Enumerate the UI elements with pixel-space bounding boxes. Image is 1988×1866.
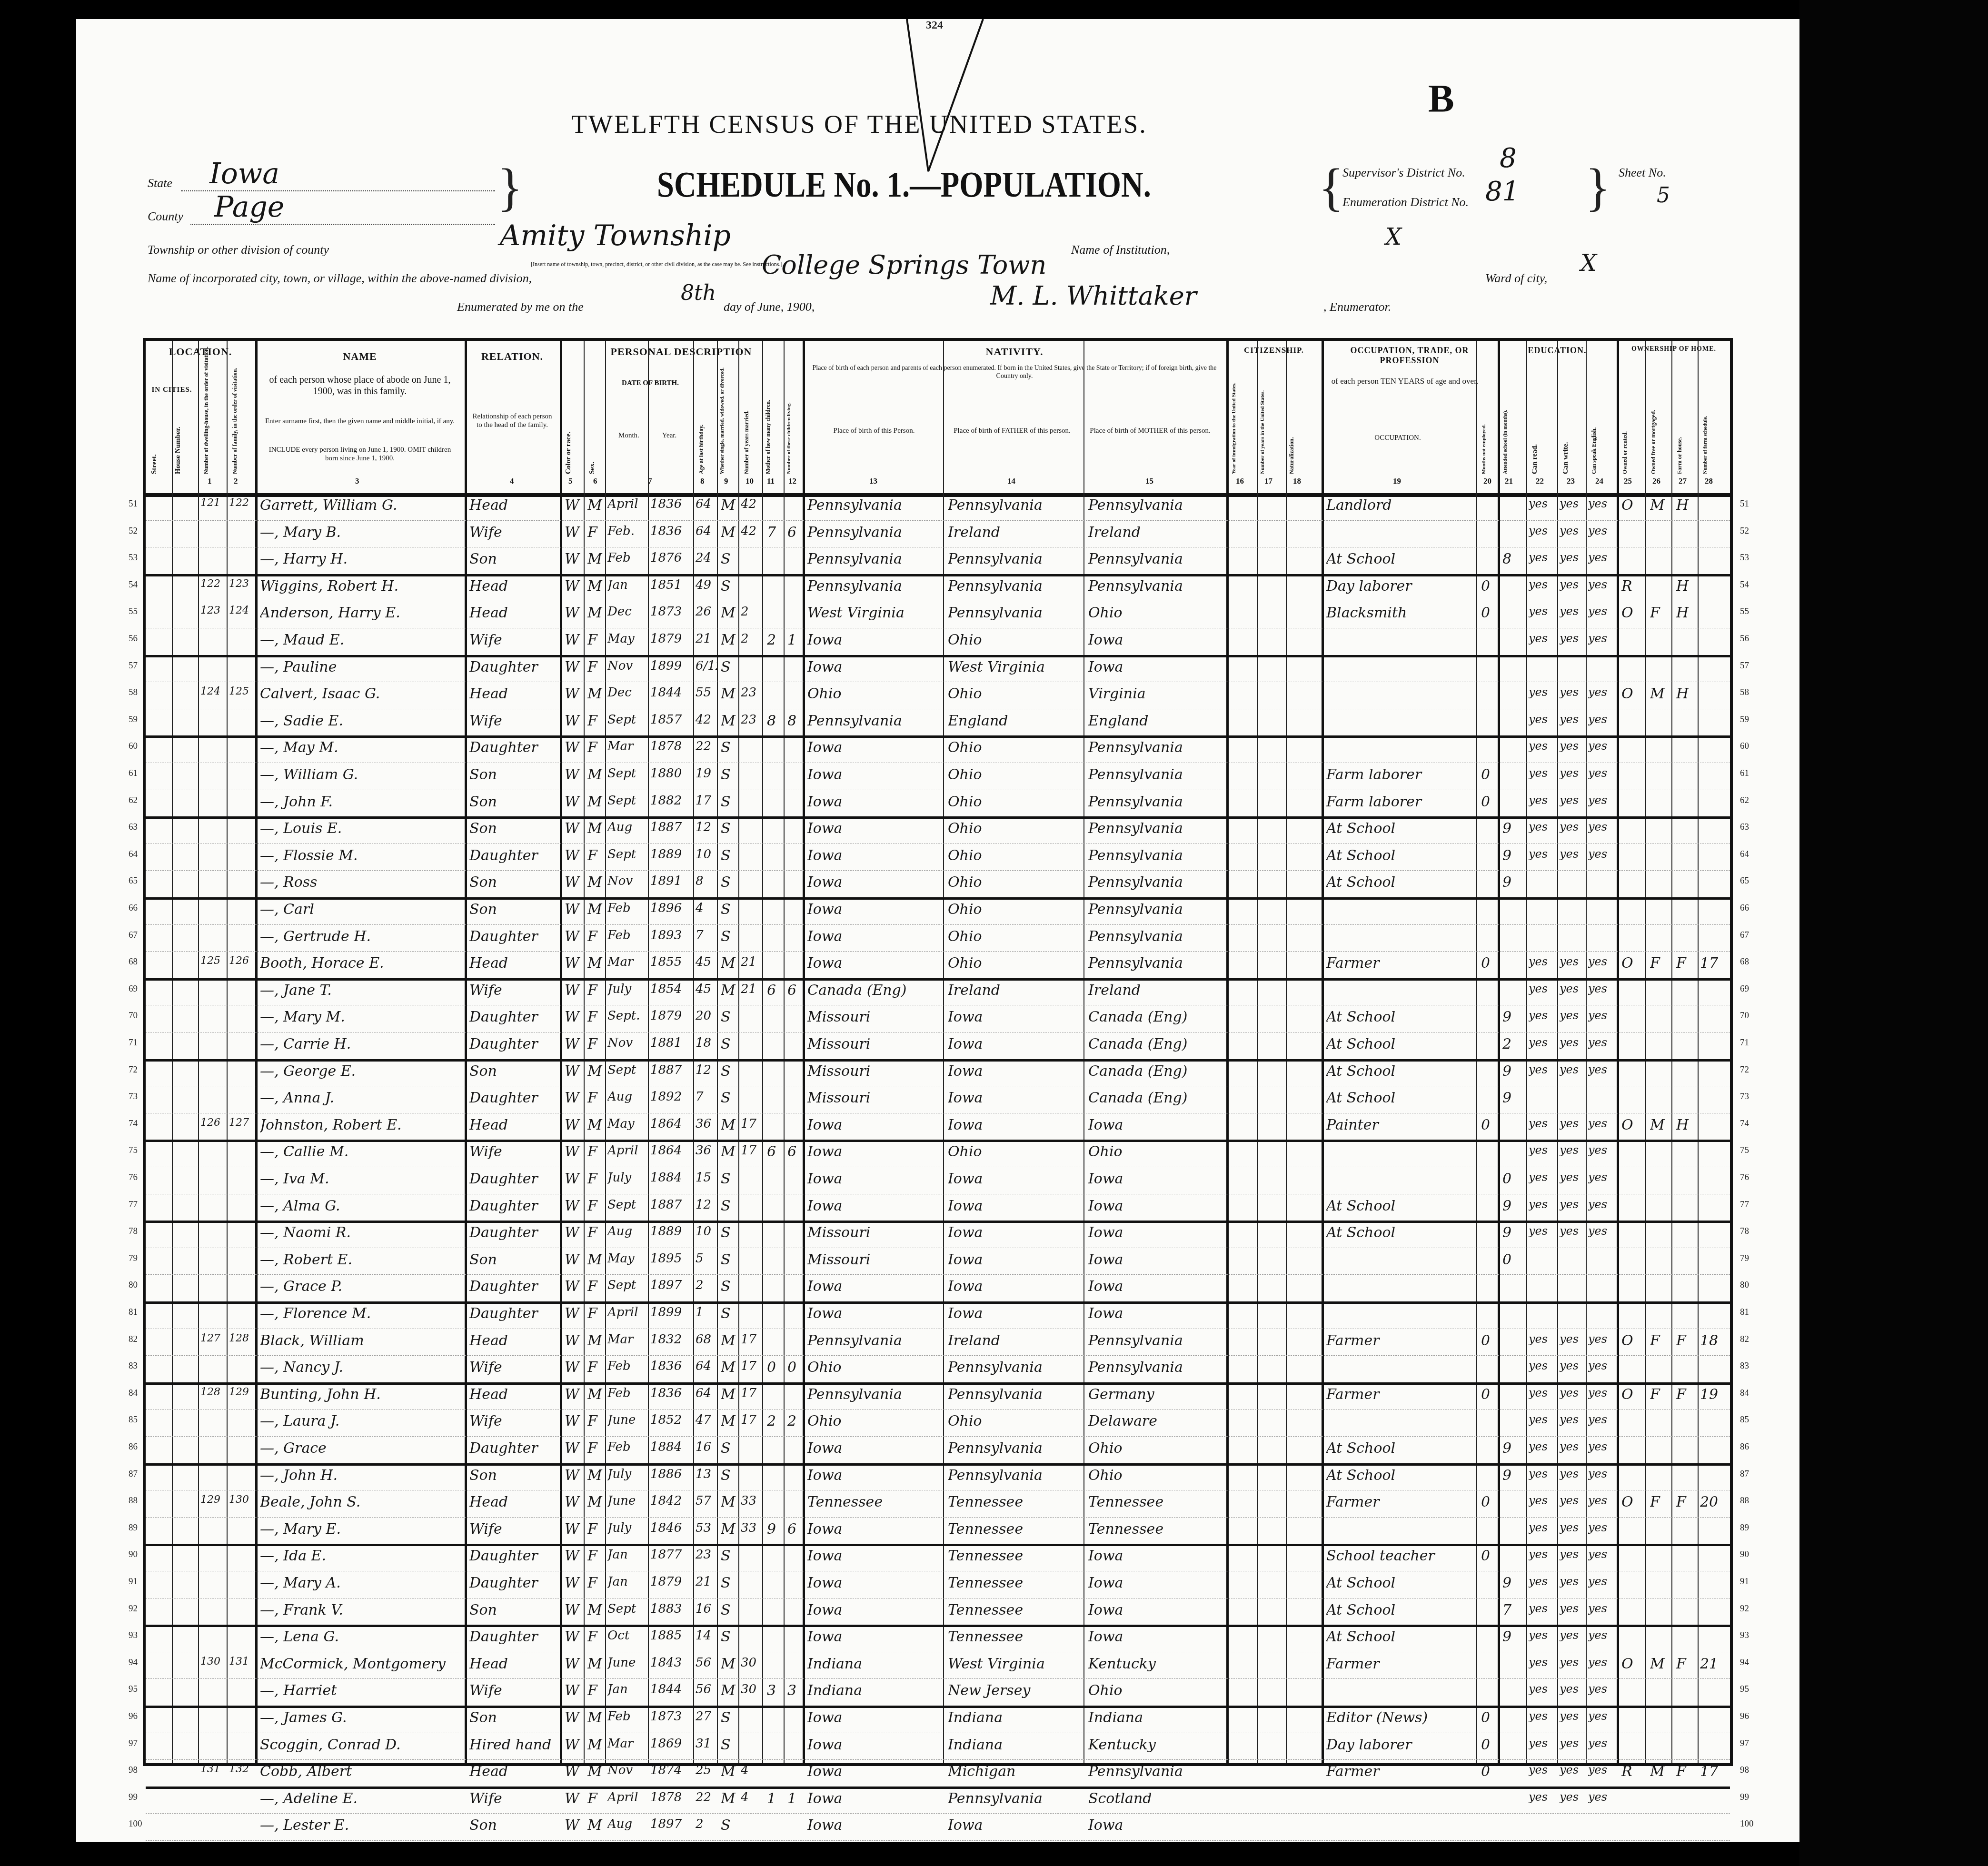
- dwelling-number: 121: [200, 497, 227, 509]
- birthplace-father: Pennsylvania: [948, 1467, 1083, 1484]
- header-children-living: Number of these children living.: [786, 369, 792, 474]
- header-name: NAME: [255, 350, 465, 363]
- marital-status: S: [721, 1009, 740, 1025]
- scan-border: [1799, 0, 1988, 1866]
- can-write: yes: [1560, 1628, 1586, 1642]
- line-number: 97: [129, 1738, 138, 1749]
- can-speak-english: yes: [1588, 820, 1617, 834]
- color: W: [565, 1224, 584, 1241]
- birth-year: 1896: [650, 901, 693, 915]
- can-read: yes: [1529, 1682, 1557, 1696]
- table-row: —, Callie M. Wife W F April 1864 36 M 17…: [146, 1140, 1730, 1167]
- can-speak-english: yes: [1588, 1763, 1617, 1777]
- can-read: yes: [1529, 955, 1557, 968]
- person-name: —, Iva M.: [260, 1171, 462, 1187]
- color: W: [565, 1656, 584, 1672]
- birthplace-mother: Pennsylvania: [1088, 1332, 1226, 1349]
- person-name: —, John H.: [260, 1467, 462, 1484]
- color: W: [565, 1063, 584, 1080]
- line-number: 57: [1740, 661, 1749, 671]
- birth-month: Dec: [607, 605, 648, 619]
- table-row: —, Harry H. Son W M Feb 1876 24 S Pennsy…: [146, 547, 1730, 576]
- line-number: 58: [1740, 687, 1749, 698]
- col-number: 16: [1236, 476, 1244, 486]
- occupation: At School: [1326, 1628, 1476, 1645]
- person-name: —, Sadie E.: [260, 713, 462, 729]
- enumerator-label: , Enumerator.: [1323, 300, 1391, 314]
- marital-status: S: [721, 766, 740, 783]
- years-married: 17: [741, 1117, 762, 1131]
- header-birth-person: Place of birth of this Person.: [812, 427, 936, 435]
- table-row: 121 122 Garrett, William G. Head W M Apr…: [146, 493, 1730, 521]
- color: W: [565, 1628, 584, 1645]
- table-row: —, Ross Son W M Nov 1891 8 S Iowa Ohio P…: [146, 870, 1730, 900]
- marital-status: S: [721, 551, 740, 567]
- months-unemployed: 0: [1481, 1548, 1498, 1564]
- sex: M: [587, 1656, 606, 1672]
- header-name-include: INCLUDE every person living on June 1, 1…: [265, 446, 455, 463]
- institution-label: Name of Institution,: [1071, 243, 1170, 257]
- line-number: 75: [129, 1145, 138, 1156]
- occupation: Painter: [1326, 1117, 1476, 1133]
- color: W: [565, 1251, 584, 1268]
- can-read: yes: [1529, 794, 1557, 807]
- relation: Daughter: [469, 659, 557, 675]
- sex: F: [587, 1278, 606, 1295]
- can-read: yes: [1529, 1332, 1557, 1346]
- color: W: [565, 1143, 584, 1160]
- birthplace-mother: Iowa: [1088, 1575, 1226, 1591]
- sex: M: [587, 874, 606, 891]
- birth-month: Jan: [607, 1682, 648, 1697]
- age: 64: [696, 497, 717, 511]
- occupation: Farmer: [1326, 1332, 1476, 1349]
- mother-of: 2: [767, 632, 784, 648]
- birth-month: Mar: [607, 1737, 648, 1751]
- age: 21: [696, 1575, 717, 1589]
- line-number: 69: [1740, 984, 1749, 994]
- enumerator-name: M. L. Whittaker: [990, 281, 1196, 311]
- header-can-speak-english: Can speak English.: [1590, 398, 1598, 474]
- sex: M: [587, 1494, 606, 1510]
- months-unemployed: 0: [1481, 578, 1498, 595]
- line-number: 68: [1740, 957, 1749, 967]
- marital-status: M: [721, 1521, 740, 1538]
- line-number: 74: [1740, 1119, 1749, 1129]
- birthplace-mother: Iowa: [1088, 1171, 1226, 1187]
- age: 13: [696, 1467, 717, 1481]
- table-row: —, Mary M. Daughter W F Sept. 1879 20 S …: [146, 1005, 1730, 1032]
- age: 55: [696, 685, 717, 700]
- table-row: —, Sadie E. Wife W F Sept 1857 42 M 23 8…: [146, 709, 1730, 738]
- col-number: 6: [593, 476, 597, 486]
- years-married: 23: [741, 685, 762, 700]
- line-number: 91: [129, 1577, 138, 1587]
- relation: Daughter: [469, 1090, 557, 1106]
- sex: M: [587, 1251, 606, 1268]
- birthplace-person: Missouri: [807, 1224, 943, 1241]
- birth-month: April: [607, 497, 648, 511]
- line-number: 80: [129, 1280, 138, 1290]
- birth-month: Nov: [607, 1763, 648, 1777]
- sex: F: [587, 1224, 606, 1241]
- birthplace-father: Pennsylvania: [948, 1359, 1083, 1376]
- years-married: 17: [741, 1332, 762, 1347]
- can-write: yes: [1560, 524, 1586, 537]
- age: 21: [696, 632, 717, 646]
- line-number: 70: [1740, 1011, 1749, 1021]
- color: W: [565, 1171, 584, 1187]
- birth-year: 1879: [650, 1575, 693, 1589]
- birth-year: 1885: [650, 1628, 693, 1643]
- table-row: —, Lena G. Daughter W F Oct 1885 14 S Io…: [146, 1625, 1730, 1652]
- page-title: TWELFTH CENSUS OF THE UNITED STATES.: [571, 109, 1147, 139]
- birthplace-mother: Pennsylvania: [1088, 578, 1226, 595]
- age: 6/12: [696, 659, 717, 673]
- can-read: yes: [1529, 1656, 1557, 1669]
- birthplace-person: Iowa: [807, 1548, 943, 1564]
- can-speak-english: yes: [1588, 1332, 1617, 1346]
- supervisor-district: 8: [1500, 143, 1517, 174]
- owned-free-mortgaged: M: [1650, 685, 1671, 702]
- birth-month: Mar: [607, 955, 648, 969]
- marital-status: S: [721, 1737, 740, 1753]
- can-write: yes: [1560, 1359, 1586, 1372]
- months-unemployed: 0: [1481, 1386, 1498, 1403]
- relation: Daughter: [469, 1548, 557, 1564]
- table-row: 127 128 Black, William Head W M Mar 1832…: [146, 1329, 1730, 1356]
- person-name: —, Pauline: [260, 659, 462, 675]
- enumerated-label: Enumerated by me on the: [457, 300, 584, 314]
- table-row: —, Grace Daughter W F Feb 1884 16 S Iowa…: [146, 1436, 1730, 1466]
- person-name: Black, William: [260, 1332, 462, 1349]
- marital-status: S: [721, 1467, 740, 1484]
- sheet-letter: B: [1428, 76, 1454, 121]
- line-number: 96: [129, 1711, 138, 1722]
- table-row: —, Gertrude H. Daughter W F Feb 1893 7 S…: [146, 924, 1730, 952]
- birthplace-mother: Pennsylvania: [1088, 847, 1226, 864]
- occupation: Farmer: [1326, 1386, 1476, 1403]
- schedule-title: SCHEDULE No. 1.—POPULATION.: [657, 164, 1151, 206]
- color: W: [565, 874, 584, 891]
- birth-month: July: [607, 1521, 648, 1535]
- header-naturalization: Naturalization.: [1288, 403, 1295, 474]
- age: 8: [696, 874, 717, 888]
- color: W: [565, 1440, 584, 1457]
- line-number: 94: [129, 1658, 138, 1668]
- institution-value: X: [1385, 224, 1402, 250]
- can-speak-english: yes: [1588, 1521, 1617, 1534]
- line-number: 99: [1740, 1792, 1749, 1803]
- can-write: yes: [1560, 1790, 1586, 1804]
- header-occupation: OCCUPATION.: [1326, 434, 1469, 442]
- birthplace-father: Iowa: [948, 1198, 1083, 1214]
- occupation: At School: [1326, 820, 1476, 837]
- header-birth-father: Place of birth of FATHER of this person.: [950, 427, 1074, 435]
- sex: M: [587, 1817, 606, 1834]
- relation: Wife: [469, 1359, 557, 1376]
- can-write: yes: [1560, 578, 1586, 591]
- birthplace-person: Iowa: [807, 1143, 943, 1160]
- birth-month: April: [607, 1790, 648, 1805]
- birth-month: Feb: [607, 928, 648, 943]
- birth-year: 1895: [650, 1251, 693, 1266]
- birth-year: 1880: [650, 766, 693, 781]
- family-number: 123: [229, 578, 255, 590]
- color: W: [565, 1817, 584, 1834]
- can-speak-english: yes: [1588, 1143, 1617, 1157]
- birthplace-person: Iowa: [807, 739, 943, 756]
- mother-of: 3: [767, 1682, 784, 1699]
- marital-status: M: [721, 605, 740, 621]
- years-married: 23: [741, 713, 762, 727]
- header-years-married: Number of years married.: [743, 369, 750, 474]
- months-unemployed: 0: [1481, 955, 1498, 972]
- birthplace-father: Ohio: [948, 1413, 1083, 1429]
- relation: Head: [469, 578, 557, 595]
- birth-month: Sept: [607, 1602, 648, 1616]
- can-write: yes: [1560, 1413, 1586, 1426]
- owned-rented: R: [1621, 1763, 1645, 1780]
- header-location: LOCATION.: [146, 346, 255, 358]
- months-unemployed: 0: [1481, 605, 1498, 621]
- line-number: 64: [129, 849, 138, 860]
- line-number: 78: [129, 1226, 138, 1237]
- color: W: [565, 1790, 584, 1807]
- table-row: —, Mary E. Wife W F July 1846 53 M 33 9 …: [146, 1517, 1730, 1547]
- age: 17: [696, 794, 717, 808]
- sex: F: [587, 1548, 606, 1564]
- birth-year: 1878: [650, 1790, 693, 1805]
- relation: Daughter: [469, 1628, 557, 1645]
- line-number: 100: [129, 1819, 142, 1829]
- birthplace-person: Iowa: [807, 1790, 943, 1807]
- birthplace-mother: Pennsylvania: [1088, 794, 1226, 810]
- birth-year: 1883: [650, 1602, 693, 1616]
- marital-status: S: [721, 1440, 740, 1457]
- person-name: Johnston, Robert E.: [260, 1117, 462, 1133]
- line-number: 58: [129, 687, 138, 698]
- line-number: 89: [129, 1523, 138, 1533]
- owned-free-mortgaged: F: [1650, 955, 1671, 972]
- owned-free-mortgaged: F: [1650, 1494, 1671, 1510]
- header-dob: DATE OF BIRTH.: [607, 379, 693, 387]
- birthplace-person: Iowa: [807, 901, 943, 918]
- can-speak-english: yes: [1588, 1117, 1617, 1130]
- age: 23: [696, 1548, 717, 1562]
- person-name: —, Anna J.: [260, 1090, 462, 1106]
- person-name: Booth, Horace E.: [260, 955, 462, 972]
- color: W: [565, 766, 584, 783]
- line-number: 98: [1740, 1765, 1749, 1776]
- birth-year: 1873: [650, 1709, 693, 1724]
- sex: M: [587, 685, 606, 702]
- birthplace-mother: Iowa: [1088, 1305, 1226, 1322]
- person-name: —, Nancy J.: [260, 1359, 462, 1376]
- line-number: 81: [1740, 1307, 1749, 1318]
- years-married: 2: [741, 632, 762, 646]
- can-speak-english: yes: [1588, 713, 1617, 726]
- birth-year: 1892: [650, 1090, 693, 1104]
- can-read: yes: [1529, 1575, 1557, 1588]
- age: 68: [696, 1332, 717, 1347]
- occupation: At School: [1326, 1009, 1476, 1025]
- birth-year: 1889: [650, 847, 693, 862]
- occupation: At School: [1326, 1224, 1476, 1241]
- birthplace-father: Indiana: [948, 1709, 1083, 1726]
- age: 12: [696, 1063, 717, 1077]
- birthplace-person: Iowa: [807, 847, 943, 864]
- owned-rented: O: [1621, 1117, 1645, 1133]
- birthplace-father: Pennsylvania: [948, 1386, 1083, 1403]
- owned-free-mortgaged: F: [1650, 605, 1671, 621]
- birth-month: June: [607, 1656, 648, 1670]
- can-speak-english: yes: [1588, 1467, 1617, 1480]
- birth-year: 1842: [650, 1494, 693, 1508]
- mother-of: 0: [767, 1359, 784, 1376]
- birthplace-person: Ohio: [807, 685, 943, 702]
- line-number: 68: [129, 957, 138, 967]
- marital-status: S: [721, 1628, 740, 1645]
- relation: Son: [469, 1063, 557, 1080]
- marital-status: M: [721, 1790, 740, 1807]
- marital-status: S: [721, 1548, 740, 1564]
- line-number: 72: [1740, 1065, 1749, 1075]
- age: 47: [696, 1413, 717, 1427]
- header-month: Month.: [610, 431, 648, 440]
- years-married: 17: [741, 1413, 762, 1427]
- line-number: 86: [1740, 1442, 1749, 1452]
- person-name: —, Ross: [260, 874, 462, 891]
- dwelling-number: 124: [200, 685, 227, 697]
- age: 15: [696, 1171, 717, 1185]
- birthplace-father: Ohio: [948, 820, 1083, 837]
- enumerated-day: 8th: [681, 281, 716, 305]
- marital-status: M: [721, 1763, 740, 1780]
- brace: }: [497, 157, 523, 218]
- years-married: 33: [741, 1521, 762, 1535]
- birthplace-mother: Iowa: [1088, 1628, 1226, 1645]
- can-speak-english: yes: [1588, 1171, 1617, 1184]
- attended-school: 9: [1502, 874, 1526, 891]
- relation: Son: [469, 1467, 557, 1484]
- birthplace-father: Pennsylvania: [948, 1440, 1083, 1457]
- attended-school: 9: [1502, 1009, 1526, 1025]
- relation: Hired hand: [469, 1737, 557, 1753]
- can-read: yes: [1529, 1548, 1557, 1561]
- dwelling-number: 128: [200, 1386, 227, 1398]
- can-read: yes: [1529, 982, 1557, 995]
- birthplace-mother: Iowa: [1088, 1198, 1226, 1214]
- table-row: —, Grace P. Daughter W F Sept 1897 2 S I…: [146, 1274, 1730, 1304]
- birthplace-father: Iowa: [948, 1817, 1083, 1834]
- owned-free-mortgaged: F: [1650, 1332, 1671, 1349]
- birth-year: 1899: [650, 1305, 693, 1320]
- occupation: Farmer: [1326, 1494, 1476, 1510]
- marital-status: S: [721, 1036, 740, 1052]
- birth-month: Sept: [607, 766, 648, 781]
- marital-status: M: [721, 1682, 740, 1699]
- birthplace-person: Indiana: [807, 1656, 943, 1672]
- mother-of: 1: [767, 1790, 784, 1807]
- line-number: 53: [1740, 553, 1749, 563]
- can-read: yes: [1529, 1494, 1557, 1507]
- header-marital: Whether single, married, widowed, or div…: [719, 369, 725, 474]
- birthplace-mother: Pennsylvania: [1088, 497, 1226, 514]
- line-number: 79: [1740, 1253, 1749, 1264]
- can-read: yes: [1529, 1009, 1557, 1022]
- col-number: 27: [1679, 476, 1687, 486]
- color: W: [565, 578, 584, 595]
- relation: Son: [469, 766, 557, 783]
- birthplace-mother: Pennsylvania: [1088, 739, 1226, 756]
- age: 57: [696, 1494, 717, 1508]
- relation: Wife: [469, 524, 557, 541]
- birthplace-person: Iowa: [807, 1737, 943, 1753]
- can-read: yes: [1529, 1790, 1557, 1804]
- line-number: 90: [1740, 1549, 1749, 1560]
- header-dwelling: Number of dwelling-house, in the order o…: [203, 369, 210, 474]
- table-row: —, Laura J. Wife W F June 1852 47 M 17 2…: [146, 1409, 1730, 1437]
- owned-rented: O: [1621, 1656, 1645, 1672]
- birthplace-father: Pennsylvania: [948, 1790, 1083, 1807]
- birth-year: 1836: [650, 497, 693, 511]
- years-married: 4: [741, 1790, 762, 1805]
- birth-month: Oct: [607, 1628, 648, 1643]
- sex: M: [587, 794, 606, 810]
- age: 56: [696, 1656, 717, 1670]
- can-speak-english: yes: [1588, 497, 1617, 510]
- birthplace-mother: Ohio: [1088, 1467, 1226, 1484]
- line-number: 83: [129, 1361, 138, 1371]
- enumeration-label: Enumeration District No.: [1342, 195, 1469, 209]
- marital-status: M: [721, 1413, 740, 1429]
- birthplace-person: Canada (Eng): [807, 982, 943, 999]
- relation: Wife: [469, 1413, 557, 1429]
- birth-month: May: [607, 1117, 648, 1131]
- birthplace-father: England: [948, 713, 1083, 729]
- birthplace-person: Iowa: [807, 1602, 943, 1618]
- table-row: 128 129 Bunting, John H. Head W M Feb 18…: [146, 1382, 1730, 1410]
- line-number: 57: [129, 661, 138, 671]
- marital-status: S: [721, 1224, 740, 1241]
- township-label: Township or other division of county: [148, 243, 329, 257]
- birth-year: 1882: [650, 794, 693, 808]
- person-name: —, Maud E.: [260, 632, 462, 648]
- line-number: 79: [129, 1253, 138, 1264]
- person-name: —, Grace P.: [260, 1278, 462, 1295]
- color: W: [565, 1359, 584, 1376]
- birthplace-father: Iowa: [948, 1278, 1083, 1295]
- sex: F: [587, 1090, 606, 1106]
- birthplace-father: Ireland: [948, 1332, 1083, 1349]
- can-read: yes: [1529, 605, 1557, 618]
- sex: M: [587, 901, 606, 918]
- birth-year: 1877: [650, 1548, 693, 1562]
- birthplace-mother: Iowa: [1088, 1251, 1226, 1268]
- farm-schedule-number: 17: [1700, 1763, 1729, 1780]
- table-row: —, Florence M. Daughter W F April 1899 1…: [146, 1301, 1730, 1329]
- col-number: 22: [1536, 476, 1544, 486]
- township-note: [Insert name of township, town, precinct…: [531, 261, 783, 268]
- birthplace-father: Tennessee: [948, 1494, 1083, 1510]
- person-name: Wiggins, Robert H.: [260, 578, 462, 595]
- can-speak-english: yes: [1588, 1656, 1617, 1669]
- line-number: 99: [129, 1792, 138, 1803]
- line-number: 61: [1740, 768, 1749, 779]
- table-row: —, Robert E. Son W M May 1895 5 S Missou…: [146, 1248, 1730, 1275]
- occupation: School teacher: [1326, 1548, 1476, 1564]
